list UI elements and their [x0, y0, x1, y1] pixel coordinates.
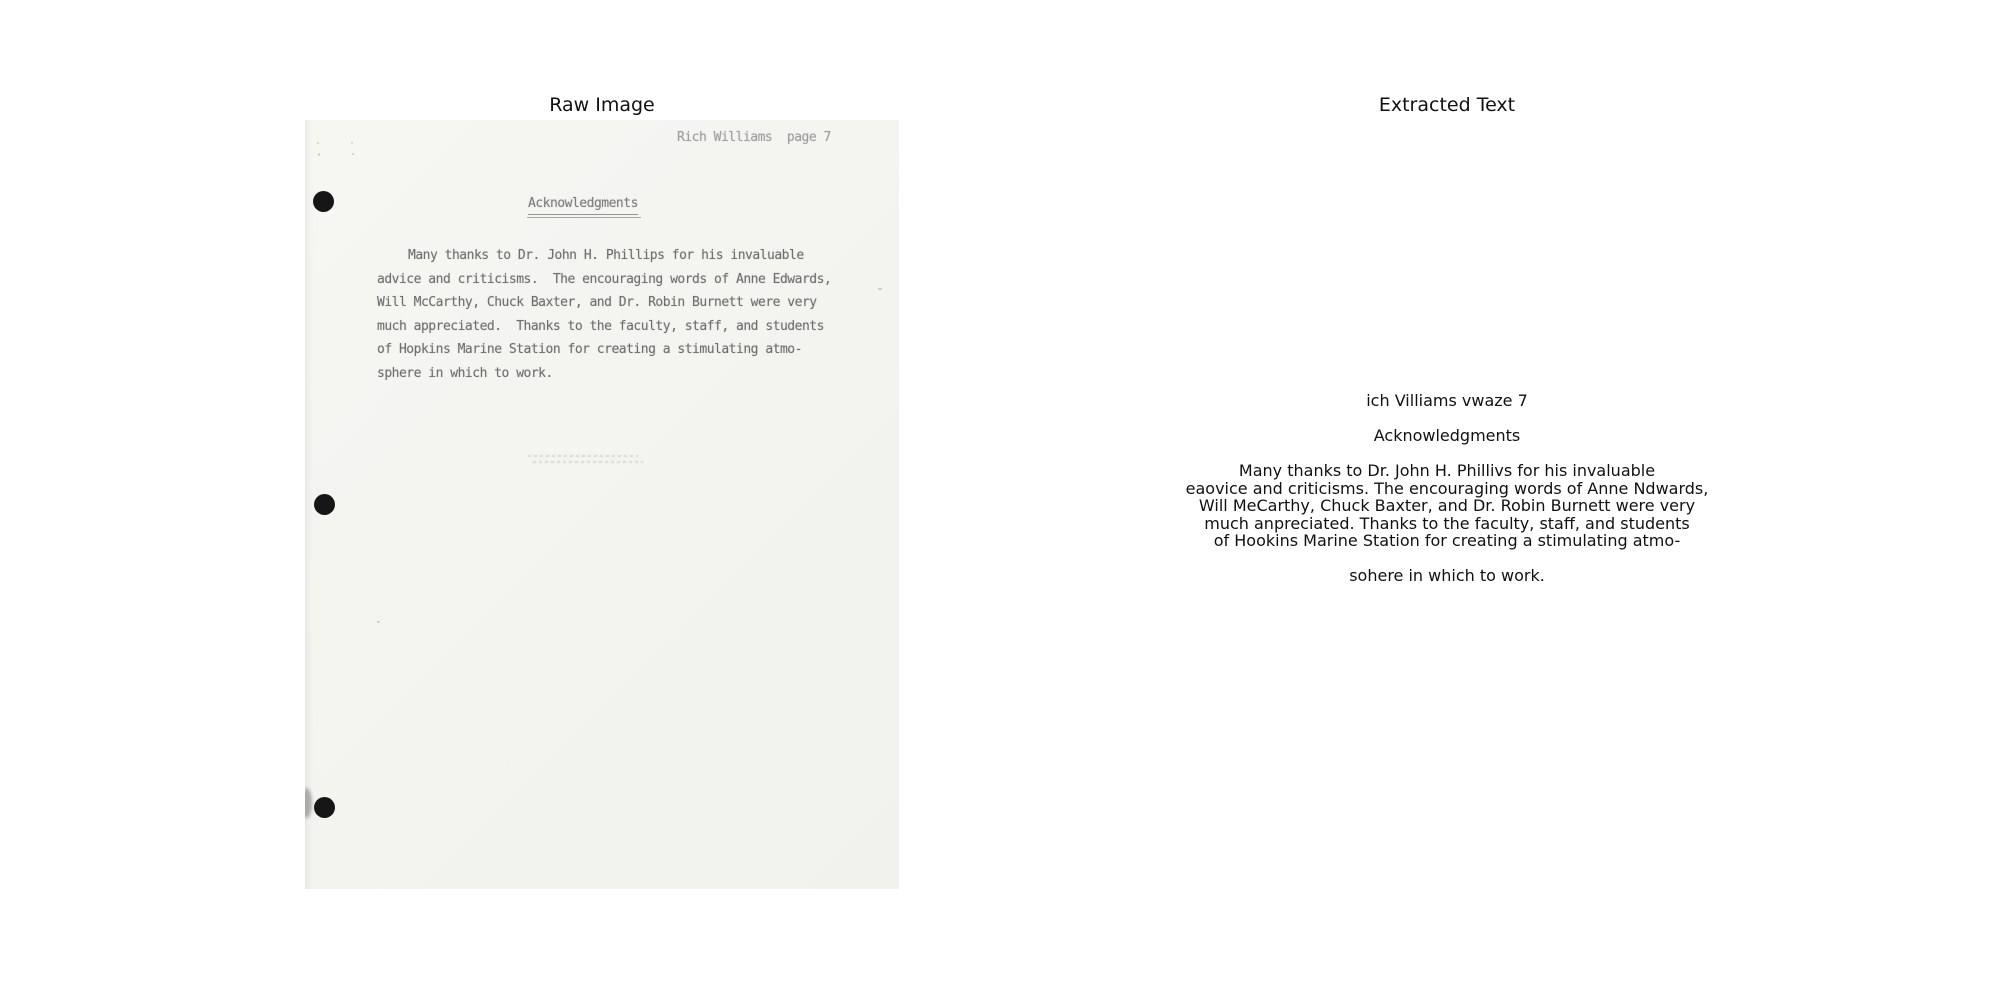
paper-speck — [351, 142, 353, 144]
paper-speck — [318, 153, 320, 156]
typed-heading-wrap: Acknowledgments — [528, 192, 638, 215]
paper-speck — [317, 142, 319, 144]
faded-smudge-line-1 — [528, 455, 638, 457]
faded-smudge-line-2 — [533, 461, 643, 463]
ocr-comparison-figure: Raw Image Extracted Text Rich Williams p… — [0, 0, 2000, 1000]
paper-speck — [377, 621, 380, 623]
typed-heading-acknowledgments: Acknowledgments — [528, 196, 638, 215]
hole-punch-middle — [314, 494, 335, 515]
extracted-text-block: ich Villiams vwaze 7 Acknowledgments Man… — [1150, 392, 1744, 585]
hole-punch-top — [313, 191, 334, 212]
paper-speck — [878, 288, 882, 290]
scanned-page-image: Rich Williams page 7 Acknowledgments Man… — [305, 120, 899, 889]
typed-page-header: Rich Williams page 7 — [677, 130, 831, 145]
page-edge-smudge — [305, 788, 312, 818]
hole-punch-bottom — [314, 797, 335, 818]
typed-body-paragraph: Many thanks to Dr. John H. Phillips for … — [377, 244, 857, 385]
paper-speck — [352, 153, 354, 155]
extracted-text-panel-title: Extracted Text — [1150, 94, 1744, 116]
raw-image-panel-title: Raw Image — [305, 94, 899, 116]
